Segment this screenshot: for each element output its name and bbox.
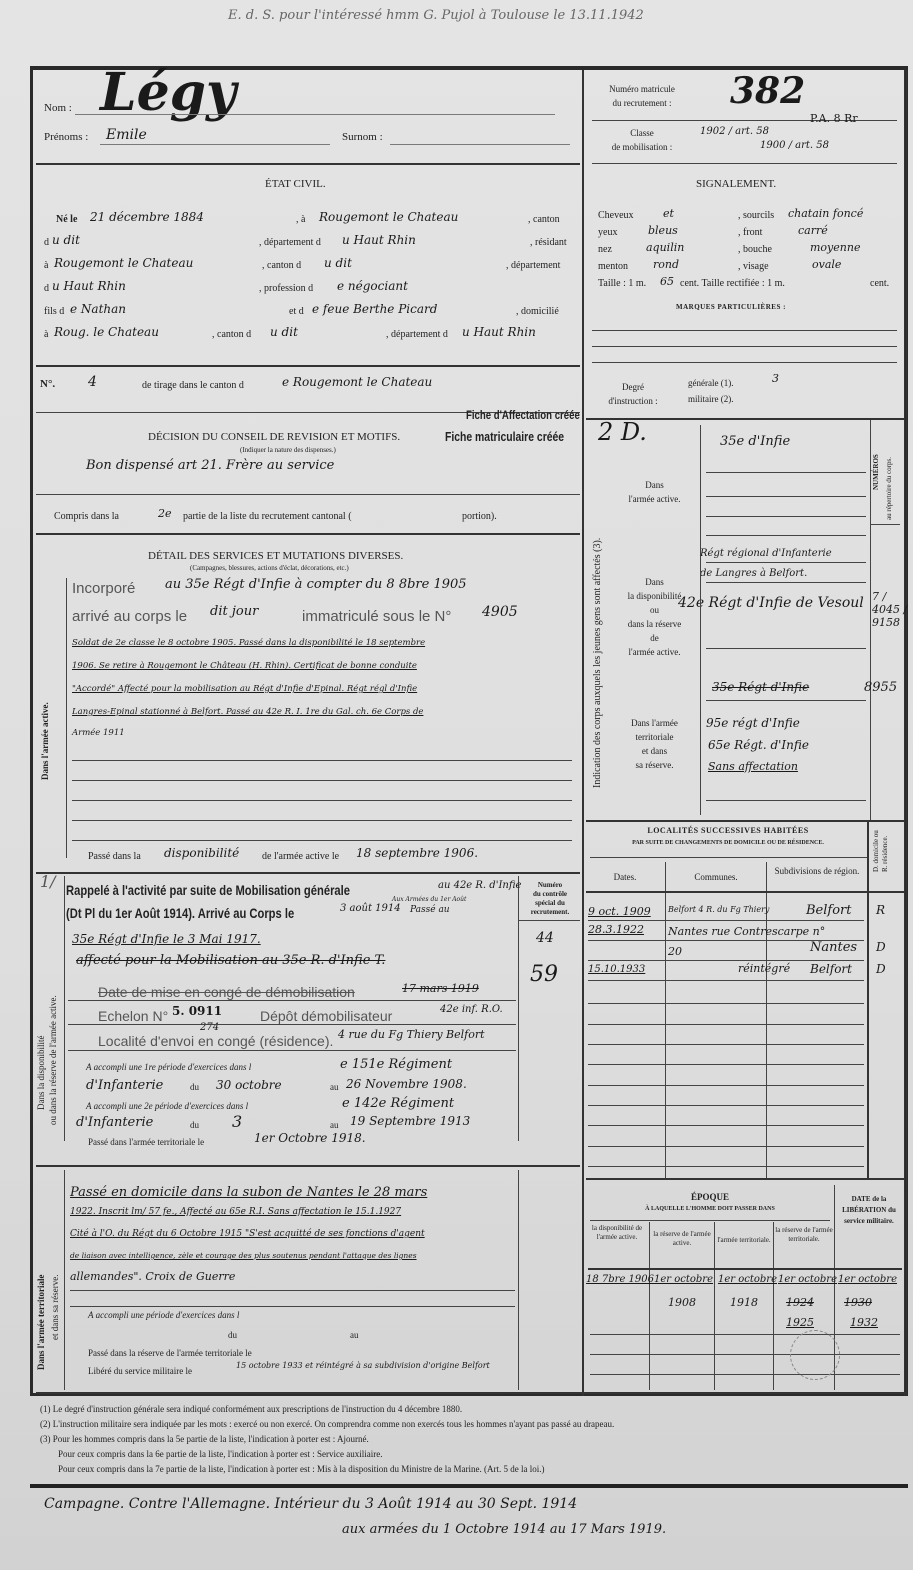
ne-le-label: Né le (56, 208, 77, 231)
libere-label: Libéré du service militaire le (88, 1366, 192, 1376)
residant-a-label: à (44, 254, 48, 277)
residant-label: , résidant (530, 231, 567, 254)
echelon-label: Echelon N° (98, 1008, 168, 1024)
front-value: carré (798, 224, 828, 237)
nom-label: Nom : (44, 102, 72, 114)
numero-matricule-label: Numéro matricule du recrutement : (592, 82, 692, 110)
entry-line (588, 1044, 864, 1045)
bouche-value: moyenne (810, 241, 860, 254)
divider (36, 494, 580, 495)
epoque-reserve-active-value: 1er octobre (654, 1274, 713, 1285)
localites-col-divider (867, 822, 869, 1178)
profession-label: , profession d (259, 277, 313, 300)
entry-line (706, 472, 866, 473)
localite-subdivision: Nantes (810, 940, 857, 955)
periode2-au-label: au (330, 1120, 339, 1130)
classe-value-1: 1902 / art. 58 (700, 126, 769, 137)
services-margin (66, 578, 67, 858)
entry-line (706, 582, 866, 583)
dept3-label: , département d (386, 323, 448, 346)
military-register-page: E. d. S. pour l'intéressé hmm G. Pujol à… (0, 0, 913, 1570)
localites-col-divider (665, 862, 666, 1178)
passe-value: disponibilité (164, 846, 239, 860)
corps-row-1-label: Dans l'armée active. (612, 478, 697, 506)
numero-controle-header: Numéro du contrôle spécial du recrutemen… (520, 881, 580, 917)
territoriale-divider (518, 1170, 519, 1390)
epoque-title: ÉPOQUE (586, 1192, 834, 1202)
epoque-col-divider (649, 1222, 650, 1390)
rappele-stamp: Rappelé à l'activité par suite de Mobili… (66, 882, 350, 898)
date-mise-label: Date de mise en congé de démobilisation (98, 984, 355, 1000)
territoriale-du-label: du (228, 1330, 237, 1340)
decision-subtitle: (Indiquer la nature des dispenses.) (240, 446, 336, 454)
classe-label-line1: Classe (592, 126, 692, 140)
visage-value: ovale (812, 258, 841, 271)
dept-value: u Haut Rhin (342, 229, 416, 252)
footnote-3: (3) Pour les hommes compris dans la 5e p… (40, 1432, 900, 1447)
sourcils-label: , sourcils (738, 210, 774, 221)
passe-label: Passé dans la (88, 851, 141, 862)
entry-line (72, 760, 572, 761)
column-divider (582, 70, 584, 1396)
immatricule-value: 4905 (482, 604, 518, 620)
entry-line (588, 1125, 864, 1126)
services-subtitle: (Campagnes, blessures, actions d'éclat, … (190, 564, 349, 572)
dept-label: , département d (259, 231, 321, 254)
bouche-label: , bouche (738, 244, 772, 255)
dept2-label: , département (506, 254, 560, 277)
periode1-value-2: d'Infanterie (86, 1078, 163, 1093)
a-label: , à (296, 208, 305, 231)
taille-label: Taille : 1 m. (598, 278, 646, 289)
marques-line (592, 346, 897, 347)
header-line: spécial du (520, 899, 580, 908)
periode2-value: e 142e Régiment (342, 1096, 454, 1111)
epoque-reserve-territoriale-value: 1er octobre (778, 1274, 837, 1285)
classe-label-line2: de mobilisation : (592, 140, 692, 154)
divider (36, 533, 580, 535)
corps-row-2-entry: Régt régional d'Infanterie (700, 548, 832, 559)
menton-value: rond (653, 258, 679, 271)
epoque-reserve-active-year: 1908 (668, 1296, 696, 1309)
localite-dr: D (876, 940, 886, 954)
nez-label: nez (598, 244, 612, 255)
territoriale-margin (64, 1170, 65, 1390)
epoque-col-disponibilite: la disponibilité de l'armée active. (586, 1224, 648, 1242)
portion-label: portion). (462, 511, 497, 522)
localite-date: 9 oct. 1909 (588, 905, 651, 918)
dept2-d-label: d (44, 277, 49, 300)
numero-matricule-value: 382 (730, 70, 805, 112)
entry-line (588, 1064, 864, 1065)
label-line: l'armée active. (612, 645, 697, 659)
entry-line (72, 800, 572, 801)
territoriale-line: Passé en domicile dans la subon de Nante… (70, 1185, 427, 1200)
epoque-disponibilite-value: 18 7bre 1906 (586, 1274, 654, 1285)
tirage-canton-value: e Rougemont le Chateau (282, 375, 432, 389)
periode1-au-label: au (330, 1082, 339, 1092)
epoque-territoriale-value: 1er octobre (718, 1274, 777, 1285)
divider (36, 872, 580, 874)
localites-col-subdivisions: Subdivisions de région. (770, 866, 864, 877)
territoriale-line: allemandes". Croix de Guerre (70, 1270, 235, 1283)
numero-controle-value: 59 (530, 962, 558, 987)
mobilisation-margin (64, 876, 65, 1141)
periode2-au-value: 19 Septembre 1913 (350, 1114, 470, 1128)
territoriale-value: 1er Octobre 1918. (254, 1131, 366, 1145)
epoque-col-territoriale: l'armée territoriale. (716, 1236, 772, 1245)
corps-row-3-numero: 8955 (864, 680, 897, 695)
divider (36, 163, 580, 165)
immatricule-label: immatriculé sous le N° (302, 608, 451, 625)
domicilie-label: , domicilié (516, 300, 559, 323)
mere-value: e feue Berthe Picard (312, 298, 437, 321)
entry-line (588, 920, 864, 921)
brace (700, 425, 701, 815)
decision-value: Bon dispensé art 21. Frère au service (86, 458, 334, 473)
periode2-value-2: d'Infanterie (76, 1115, 153, 1130)
front-label: , front (738, 227, 762, 238)
header-line: Numéro (520, 881, 580, 890)
footnote-3b: Pour ceux compris dans la 6e partie de l… (40, 1447, 900, 1462)
decision-title: DÉCISION DU CONSEIL DE REVISION ET MOTIF… (148, 431, 400, 443)
incorpore-value: au 35e Régt d'Infie à compter du 8 8bre … (165, 577, 467, 592)
entry-line (588, 1105, 864, 1106)
arrive-label: arrivé au corps le (72, 608, 187, 625)
nom-line (75, 114, 555, 115)
divider (36, 1392, 906, 1394)
entry-line (706, 496, 866, 497)
epoque-liberation-year: 1932 (850, 1316, 878, 1329)
localites-title: LOCALITÉS SUCCESSIVES HABITÉES (586, 826, 870, 835)
territoriale-line: Cité à l'O. du Régt du 6 Octobre 1915 "S… (70, 1229, 425, 1239)
divider (588, 1268, 902, 1270)
localite-dr: D (876, 962, 886, 976)
periode1-label: A accompli une 1re période d'exercices d… (86, 1062, 251, 1072)
entry-line (68, 1000, 516, 1001)
tirage-no-value: 4 (88, 374, 97, 390)
degre-line1: Degré (598, 380, 668, 394)
footnotes: (1) Le degré d'instruction générale sera… (40, 1402, 900, 1477)
corps-row-2-label: Dans la disponibilité ou dans la réserve… (612, 575, 697, 659)
lieu-naissance-value: Rougemont le Chateau (319, 206, 458, 229)
entry-line (588, 960, 864, 961)
domicilie-a-label: à (44, 323, 48, 346)
label-line: Dans (612, 478, 697, 492)
entry-line (588, 1024, 864, 1025)
services-line: Armée 1911 (72, 728, 125, 738)
mobilisation-line-35: 35e Régt d'Infie le 3 Mai 1917. (72, 932, 261, 946)
label-line: Dans (612, 575, 697, 589)
ne-le-text: Né le (56, 214, 77, 225)
localites-col-dr: D. domicile ou R. résidence. (872, 824, 890, 872)
numeros-label-2: au répertoire du corps. (885, 457, 893, 520)
entry-line (588, 1166, 864, 1167)
taille-rectifiee-label: cent. Taille rectifiée : 1 m. (680, 278, 785, 289)
numero-controle-value: 44 (536, 930, 554, 946)
corps-annotation: 2 D. (598, 418, 647, 446)
cheveux-value: et (663, 207, 674, 220)
entry-line (70, 1290, 515, 1291)
campagne-line-1: Campagne. Contre l'Allemagne. Intérieur … (44, 1496, 577, 1512)
periode2-label: A accompli une 2e période d'exercices da… (86, 1101, 248, 1111)
corps-row-3-entry: 95e régt d'Infie (706, 716, 800, 730)
territoriale-side-label-1: Dans l'armée territoriale (36, 1275, 46, 1370)
numeros-label-1: NUMÉROS (872, 454, 880, 490)
compris-value: 2e (158, 507, 172, 520)
epoque-col-reserve-territoriale: la réserve de l'armée territoriale. (775, 1226, 833, 1244)
residant-value: Rougemont le Chateau (54, 252, 193, 275)
frame-bottom (30, 1484, 908, 1488)
localite-value: 4 rue du Fg Thiery Belfort (338, 1028, 485, 1041)
entry-line (588, 1003, 864, 1004)
footnote-1: (1) Le degré d'instruction générale sera… (40, 1402, 900, 1417)
classe-annotation: P.A. 8 Rr (810, 112, 858, 125)
visage-label: , visage (738, 261, 769, 272)
periode1-du-label: du (190, 1082, 199, 1092)
dept3-value: u Haut Rhin (462, 321, 536, 344)
divider (586, 820, 904, 822)
pere-value: e Nathan (70, 298, 126, 321)
classe-label: Classe de mobilisation : (592, 126, 692, 154)
epoque-reserve-territoriale-year: 1925 (786, 1316, 814, 1329)
right-edge (904, 70, 907, 1396)
mobilisation-passe-value: Passé au (410, 905, 450, 915)
marques-line (592, 330, 897, 331)
localite-label: Localité d'envoi en congé (résidence). (98, 1033, 333, 1049)
territoriale-periode-label: A accompli une période d'exercices dans … (88, 1310, 239, 1320)
ne-le-value: 21 décembre 1884 (90, 206, 204, 229)
tirage-no-label: N°. (40, 378, 55, 390)
entry-line (706, 800, 866, 801)
rappele-annotation: au 42e R. d'Infie (438, 880, 521, 891)
yeux-value: bleus (648, 224, 678, 237)
entry-line (590, 1354, 900, 1355)
header-line: du contrôle (520, 890, 580, 899)
label-line: dans la réserve (612, 617, 697, 631)
degre-instruction-label: Degré d'instruction : (598, 380, 668, 408)
sourcils-value: chatain foncé (788, 207, 863, 220)
depot-value: 42e inf. R.O. (440, 1004, 503, 1015)
menton-label: menton (598, 261, 628, 272)
entry-line (588, 1146, 864, 1147)
periode2-du-label: du (190, 1120, 199, 1130)
corps-side-label: Indication des corps auxquels les jeunes… (592, 538, 603, 788)
localite-date: 28.3.1922 (588, 923, 644, 936)
corps-row-2-entry: de Langres à Belfort. (700, 568, 807, 579)
territoriale-side-label-2: et dans sa réserve. (50, 1275, 60, 1340)
localite-dr: R (876, 903, 885, 917)
localites-col-dates: Dates. (586, 872, 664, 882)
echelon-value: 5. 0911 (172, 1004, 222, 1018)
entry-line (70, 1306, 515, 1307)
periode1-value: e 151e Régiment (340, 1057, 452, 1072)
entry-line (68, 1050, 516, 1051)
footnote-2: (2) L'instruction militaire sera indiqué… (40, 1417, 900, 1432)
divider (592, 163, 897, 164)
canton-label: , canton (528, 208, 560, 231)
numero-label-line1: Numéro matricule (592, 82, 692, 96)
divider (518, 920, 580, 921)
marques-title: MARQUES PARTICULIÈRES : (676, 303, 786, 311)
epoque-territoriale-year: 1918 (730, 1296, 758, 1309)
corps-row-3-entry: 35e Régt d'Infie (712, 680, 809, 694)
margin-mark: 1/ (40, 872, 56, 891)
et-label: et d (289, 300, 304, 323)
date-mise-value: 17 mars 1919 (402, 982, 479, 995)
fils-label: fils d (44, 300, 64, 323)
prenoms-line (100, 144, 330, 145)
epoque-liberation-year-old: 1930 (844, 1296, 872, 1309)
corps-row-3-entry: Sans affectation (708, 760, 798, 773)
date-liberation-title: DATE de la LIBÉRATION du service militai… (836, 1194, 902, 1227)
profession-value: e négociant (337, 275, 408, 298)
reserve-territoriale-label: Passé dans la réserve de l'armée territo… (88, 1348, 252, 1358)
canton3-value: u dit (270, 321, 298, 344)
entry-line (588, 940, 864, 941)
canton3-label: , canton d (212, 323, 251, 346)
surnom-line (390, 144, 570, 145)
dept2-value: u Haut Rhin (52, 275, 126, 298)
territoriale-line: 1922. Inscrit lm/ 57 fe., Affecté au 65e… (70, 1207, 401, 1217)
divider (870, 524, 900, 525)
divider (590, 1220, 830, 1221)
classe-value-2: 1900 / art. 58 (760, 140, 829, 151)
prenoms-value: Emile (106, 127, 147, 143)
passe-date: 18 septembre 1906. (356, 846, 478, 860)
epoque-col-divider (714, 1222, 715, 1390)
corps-row-3-label: Dans l'armée territoriale et dans sa rés… (612, 716, 697, 772)
entry-line (72, 840, 572, 841)
corps-row-3-entry: 65e Régt. d'Infie (708, 738, 809, 752)
services-side-label: Dans l'armée active. (40, 702, 50, 780)
numero-label-line2: du recrutement : (592, 96, 692, 110)
compris-label: Compris dans la (54, 511, 119, 522)
generale-value: 3 (772, 372, 779, 385)
etat-civil-title: ÉTAT CIVIL. (265, 178, 326, 190)
localite-subdivision: Belfort (806, 903, 851, 918)
rappele-annotation-2: Aux Armées du 1er Août (392, 896, 466, 903)
periode1-du-value: 30 octobre (216, 1078, 282, 1092)
localites-subtitle: PAR SUITE DE CHANGEMENTS DE DOMICILE OU … (586, 840, 870, 846)
periode1-au-value: 26 Novembre 1908. (346, 1077, 467, 1091)
incorpore-label: Incorporé (72, 580, 135, 597)
depot-label: Dépôt démobilisateur (260, 1008, 392, 1024)
fiche-affectation-stamp: Fiche d'Affectation créée (466, 408, 580, 422)
arrive-value: dit jour (210, 604, 258, 619)
surnom-label: Surnom : (342, 131, 383, 143)
localite-commune: réintégré (738, 962, 790, 975)
entry-line (72, 780, 572, 781)
corps-row-2-numero: 7 / 4045 / 9158 (872, 590, 908, 629)
entry-line (590, 1334, 900, 1335)
top-annotation: E. d. S. pour l'intéressé hmm G. Pujol à… (228, 8, 644, 23)
localites-col-communes: Communes. (666, 872, 766, 882)
label-line: et dans (612, 744, 697, 758)
tirage-canton-label: de tirage dans le canton d (142, 380, 244, 391)
cent-label: cent. (870, 278, 889, 289)
taille-value: 65 (660, 275, 674, 288)
services-line: Soldat de 2e classe le 8 octobre 1905. P… (72, 638, 425, 648)
nez-value: aquilin (646, 241, 684, 254)
numero-column-divider (518, 876, 519, 1141)
signalement-title: SIGNALEMENT. (696, 178, 776, 190)
cheveux-label: Cheveux (598, 210, 634, 221)
canton2-label: , canton d (262, 254, 301, 277)
epoque-col-reserve-active: la réserve de l'armée active. (651, 1230, 713, 1248)
corps-row-1-entry: 35e d'Infie (720, 434, 790, 449)
entry-line (68, 1024, 516, 1025)
mobilisation-side-label-1: Dans la disponibilité (36, 1036, 46, 1111)
divider (586, 891, 904, 893)
divider (36, 1165, 580, 1167)
domicilie-value: Roug. le Chateau (54, 321, 159, 344)
localite-commune: Belfort 4 R. du Fg Thiery (668, 905, 769, 914)
degre-line2: d'instruction : (598, 394, 668, 408)
localite-commune: Nantes rue Contrescarpe n° 20 (668, 922, 828, 962)
services-line: 1906. Se retire à Rougemont le Château (… (72, 661, 417, 671)
epoque-liberation-value: 1er octobre (838, 1274, 897, 1285)
divider (36, 365, 580, 367)
corps-row-2-entry: 42e Régt d'Infie de Vesoul (678, 595, 864, 611)
label-line: de (612, 631, 697, 645)
entry-line (706, 648, 866, 649)
libere-value: 15 octobre 1933 et réintégré à sa subdiv… (236, 1361, 490, 1370)
generale-label: générale (1). (688, 378, 733, 388)
mobilisation-arrive-value: 3 août 1914 (340, 903, 401, 914)
entry-line (706, 516, 866, 517)
services-line: "Accordé" Affecté pour la mobilisation a… (72, 684, 417, 694)
mobilisation-affecte: affecté pour la Mobilisation au 35e R. d… (76, 953, 385, 968)
decret-stamp: (Dt Pl du 1er Août 1914). Arrivé au Corp… (66, 905, 294, 921)
services-line: Langres-Epinal stationné à Belfort. Pass… (72, 707, 423, 717)
territoriale-line: de liaison avec intelligence, zèle et co… (70, 1251, 417, 1260)
territoriale-au-label: au (350, 1330, 359, 1340)
entry-line (72, 820, 572, 821)
mobilisation-side-label-2: ou dans la réserve de l'armée active. (48, 995, 58, 1125)
entry-line (706, 562, 866, 563)
label-line: l'armée active. (612, 492, 697, 506)
canton2-value: u dit (324, 252, 352, 275)
passe-rest: de l'armée active le (262, 851, 339, 862)
epoque-subtitle: À LAQUELLE L'HOMME DOIT PASSER DANS (586, 1206, 834, 1212)
footnote-3c: Pour ceux compris dans la 7e partie de l… (40, 1462, 900, 1477)
fiche-matriculaire-stamp: Fiche matriculaire créée (445, 429, 564, 444)
label-line: Dans l'armée (612, 716, 697, 730)
militaire-label: militaire (2). (688, 394, 733, 404)
services-title: DÉTAIL DES SERVICES ET MUTATIONS DIVERSE… (148, 550, 403, 562)
canton-value: u dit (52, 229, 80, 252)
entry-line (706, 535, 866, 536)
territoriale-label: Passé dans l'armée territoriale le (88, 1137, 204, 1147)
d-label: d (44, 231, 49, 254)
label-line: sa réserve. (612, 758, 697, 772)
entry-line (588, 980, 864, 981)
header-line: recrutement. (520, 908, 580, 917)
compris-rest: partie de la liste du recrutement canton… (183, 511, 352, 522)
localite-subdivision: Belfort (810, 962, 852, 976)
periode2-du-value: 3 (232, 1112, 242, 1131)
entry-line (590, 1374, 900, 1375)
localite-date: 15.10.1933 (588, 964, 645, 975)
divider (586, 1178, 904, 1180)
epoque-col-divider (773, 1222, 774, 1390)
entry-line (588, 1085, 864, 1086)
yeux-label: yeux (598, 227, 617, 238)
round-stamp (790, 1330, 840, 1380)
divider (590, 857, 868, 858)
numeros-divider (870, 420, 871, 820)
